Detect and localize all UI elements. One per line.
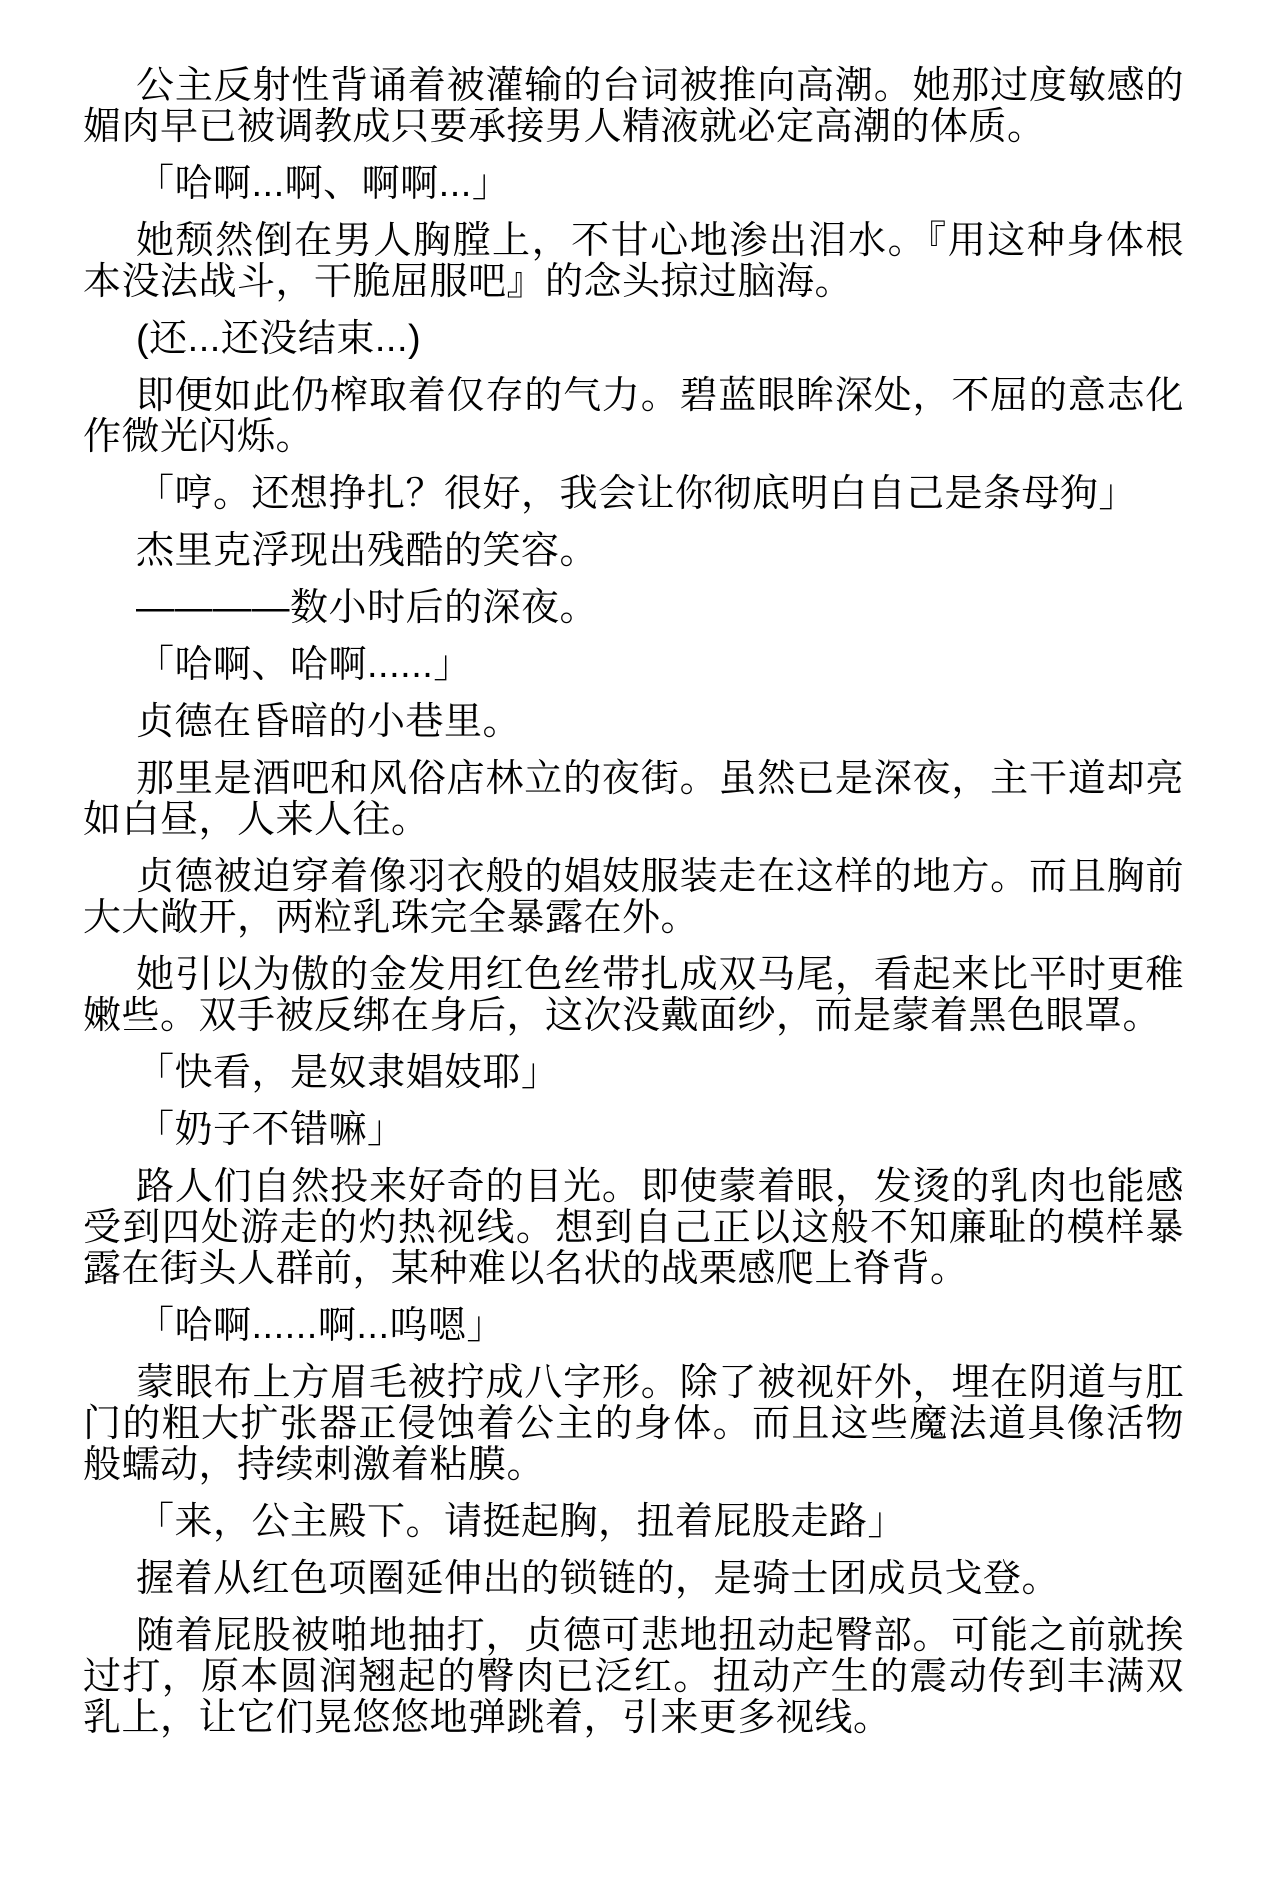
paragraph: 她颓然倒在男人胸膛上，不甘心地渗出泪水。『用这种身体根本没法战斗，干脆屈服吧』的…	[83, 221, 1184, 303]
paragraph: 杰里克浮现出残酷的笑容。	[83, 531, 1184, 572]
paragraph: 「来，公主殿下。请挺起胸，扭着屁股走路」	[83, 1502, 1184, 1543]
paragraph: 蒙眼布上方眉毛被拧成八字形。除了被视奸外，埋在阴道与肛门的粗大扩张器正侵蚀着公主…	[83, 1363, 1184, 1486]
paragraph: (还...还没结束...)	[83, 319, 1184, 360]
paragraph: 「哈啊...啊、啊啊...」	[83, 164, 1184, 205]
paragraph: 「哈啊......啊...呜嗯」	[83, 1306, 1184, 1347]
paragraph: 「哼。还想挣扎？很好，我会让你彻底明白自己是条母狗」	[83, 474, 1184, 515]
paragraph: 随着屁股被啪地抽打，贞德可悲地扭动起臀部。可能之前就挨过打，原本圆润翘起的臀肉已…	[83, 1616, 1184, 1739]
paragraph: 贞德在昏暗的小巷里。	[83, 702, 1184, 743]
novel-page: 公主反射性背诵着被灌输的台词被推向高潮。她那过度敏感的媚肉早已被调教成只要承接男…	[0, 0, 1280, 1882]
paragraph: 「奶子不错嘛」	[83, 1110, 1184, 1151]
paragraph: 路人们自然投来好奇的目光。即使蒙着眼，发烫的乳肉也能感受到四处游走的灼热视线。想…	[83, 1167, 1184, 1290]
paragraph: ————数小时后的深夜。	[83, 588, 1184, 629]
paragraph: 「哈啊、哈啊......」	[83, 645, 1184, 686]
paragraph: 她引以为傲的金发用红色丝带扎成双马尾，看起来比平时更稚嫩些。双手被反绑在身后，这…	[83, 955, 1184, 1037]
paragraph: 「快看，是奴隶娼妓耶」	[83, 1053, 1184, 1094]
paragraph: 贞德被迫穿着像羽衣般的娼妓服装走在这样的地方。而且胸前大大敞开，两粒乳珠完全暴露…	[83, 857, 1184, 939]
text-body: 公主反射性背诵着被灌输的台词被推向高潮。她那过度敏感的媚肉早已被调教成只要承接男…	[83, 66, 1184, 1739]
paragraph: 握着从红色项圈延伸出的锁链的，是骑士团成员戈登。	[83, 1559, 1184, 1600]
paragraph: 即便如此仍榨取着仅存的气力。碧蓝眼眸深处，不屈的意志化作微光闪烁。	[83, 376, 1184, 458]
paragraph: 公主反射性背诵着被灌输的台词被推向高潮。她那过度敏感的媚肉早已被调教成只要承接男…	[83, 66, 1184, 148]
paragraph: 那里是酒吧和风俗店林立的夜街。虽然已是深夜，主干道却亮如白昼，人来人往。	[83, 759, 1184, 841]
